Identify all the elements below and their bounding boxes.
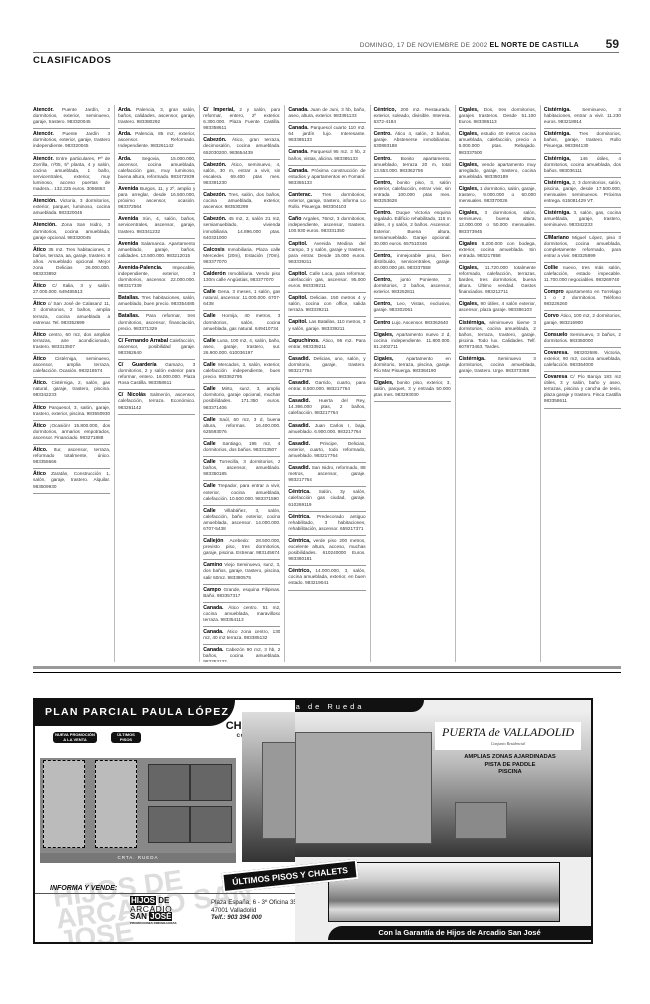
ad-heading: Centro, [374, 253, 392, 259]
chalets-photo [328, 862, 560, 922]
classified-ad: Centro. Duque Victoria esquina regalado.… [374, 208, 451, 251]
ad-heading: Centro [374, 320, 391, 326]
classified-ad: Callejón Acebedo: 28.500.000, previsto p… [203, 536, 280, 560]
classified-ad: Cigales, Dos, tres dormitorios, garajes … [459, 105, 536, 129]
ad-heading: Calle [203, 417, 215, 423]
classified-ad: Arda. Segovia, 15.000.000, ascensor, coc… [118, 154, 195, 184]
classified-ad: Cabezón. Tres, salón, dos baños, cocina … [203, 190, 280, 214]
ad-heading: Canada. [203, 605, 223, 611]
ad-heading: Batallas. [118, 295, 139, 301]
classified-ad: Avenida Salamanca. Apartamento amueblado… [118, 239, 195, 263]
classified-ad: Centro, inmejorable piso, bien distribui… [374, 251, 451, 275]
ad-heading: Cistérniga. [544, 131, 571, 137]
guarantee-banner: Con la Garantía de Hijos de Arcadio San … [328, 926, 591, 940]
ad-heading: Capuchinos. [288, 338, 319, 344]
amenities-list: AMPLIAS ZONAS AJARDINADAS PISTA DE PADDL… [440, 754, 580, 777]
ad-heading: Cigales, [459, 107, 479, 113]
classified-ad: Cabezón. Ático, gran terraza, decimosaló… [203, 135, 280, 159]
ad-heading: Calle [203, 362, 215, 368]
ad-heading: Cigales, [459, 301, 479, 307]
classified-ad: Calcosis Inmobiliaria. Plaza calle Merce… [203, 245, 280, 269]
ad-heading: Covaresa [544, 374, 567, 380]
ad-heading: Cigales, [459, 210, 479, 216]
classified-ad: Cigales, 11.720.000 totalmente reformado… [459, 263, 536, 299]
classified-ad: Calle Mercados, 3, salón, exterior, cale… [203, 360, 280, 384]
ad-heading: Cigales, [459, 131, 479, 137]
classified-ad: Avenida Irún, 4, salón, baños, servicent… [118, 214, 195, 238]
ad-heading: Corvo [544, 313, 559, 319]
ad-heading: Céntrico, [288, 568, 310, 574]
classified-ad: Ático Cistérniga, seminuevo, ascensor, a… [33, 354, 110, 378]
classified-ad: Canada. Ático zona centro, 130 m2, 40 m2… [203, 627, 280, 645]
classified-ad: Consuelo Seminuevo, 3 baños, 2 dormitori… [544, 330, 621, 348]
ad-heading: Cigales, [374, 332, 394, 338]
ad-heading: Calle [203, 338, 215, 344]
classified-ad: Cigales 8.200.000 con bodega, exterior, … [459, 239, 536, 263]
classified-ad: Ático Parquesol, 3, salón, garaje, trast… [33, 403, 110, 421]
ad-heading: Atención. [33, 198, 57, 204]
ad-banner-road: En la Carretera de Rueda [295, 700, 424, 712]
classified-ad: Atencór. Puente Jardín, 2 dormitorios, e… [33, 105, 110, 129]
classified-ad: Corvo Ático, 100 m2, 2 dormitorios, gara… [544, 311, 621, 329]
classified-ad: Calle Mirto, sunz, 3, amplio dormitorio,… [203, 384, 280, 414]
ad-heading: Ático [33, 332, 46, 338]
classified-ad: Cigales, estudio 40 metros cocina amuebl… [459, 129, 536, 159]
classified-ad: C/Mariano Miguel López, piso 3 dormitori… [544, 233, 621, 263]
classified-ad: Centro, Leo, Vistas, exclusivo, garaje. … [374, 299, 451, 317]
ad-heading: Cabezón. [203, 162, 226, 168]
ad-heading: Centro, [374, 180, 392, 186]
ad-heading: Cigales, [459, 162, 479, 168]
classified-ad: Casadid. Garrido, cuarto, para entrar. 8… [288, 378, 365, 396]
informa-label: INFORMA Y VENDE: [50, 885, 117, 892]
ad-heading: Canterac. [288, 192, 312, 198]
ad-heading: C/Mariano [544, 235, 569, 241]
classified-ad: Centro, junto Poniente, 3 dormitorios, 2… [374, 275, 451, 299]
ad-heading: Cistérniga. [459, 356, 486, 362]
classified-ad: Cistérniga. Seminuevo, 3 habitaciones, e… [544, 105, 621, 129]
classified-ad: Capitol. Calle Loca, para reformar, cale… [288, 269, 365, 293]
contact-info: Plaza España, 6 - 3º Oficina 35 47001 Va… [211, 899, 297, 922]
classified-ad: Centro. Ático 4, salón, 2 baños, garaje.… [374, 129, 451, 153]
classified-ad: Arda. Palencia, 85 m2, exterior, ascenso… [118, 129, 195, 153]
classified-ad: Compro apartamento en Torrelago 1 o 2 do… [544, 287, 621, 311]
ad-heading: Camino [203, 562, 222, 568]
ad-heading: Covaresa. [544, 350, 569, 356]
ad-heading: Ático [33, 247, 46, 253]
ad-heading: C/ Imperial, [203, 107, 234, 113]
ad-heading: Casadid. [288, 465, 310, 471]
classified-ad: Campo Grande, esquina Filipinas. Baño. 9… [203, 585, 280, 603]
classified-ad: Capitol. Delicias. 150 metros 4 y salón,… [288, 293, 365, 317]
ad-heading: Callejón [203, 538, 223, 544]
classified-ad: Cistérniga, 146 útiles, 4 dormitorios, c… [544, 154, 621, 178]
tag-last-flats: ÚLTIMOS PISOS [111, 732, 141, 743]
classified-ad: Covaresa. 983202686. Victoria, exterior,… [544, 348, 621, 372]
ad-heading: Canada. [203, 647, 223, 653]
classified-ad: Atención. Victoria, 3 dormitorios, exter… [33, 196, 110, 220]
classified-ad: Ático C/ Italia, 3 y salón. 27.000.000. … [33, 281, 110, 299]
classified-ad: Cabezón. Ático, seminuevo, 4, salón, 30 … [203, 160, 280, 190]
ad-heading: Caño [288, 216, 301, 222]
divider [33, 672, 621, 673]
ad-heading: Capitol. [288, 319, 307, 325]
classified-column: Arda. Palencia, 3, gran salón, baños, ca… [114, 105, 195, 662]
ad-heading: Cistérniga, [544, 180, 571, 186]
ad-heading: Ático [33, 405, 46, 411]
ad-heading: Atencór. [33, 107, 54, 113]
site-plan-image [40, 758, 236, 853]
ad-heading: Cigales, [374, 356, 394, 362]
classified-column: Céntrico, 200 m2. Restaurado, exterior, … [370, 105, 451, 662]
classified-ad: Arda. Palencia, 3, gran salón, baños, ca… [118, 105, 195, 129]
classified-ad: Ático ¡Ocasión! 15.800.000, dos dormitor… [33, 421, 110, 445]
page-number: 59 [606, 37, 619, 51]
classified-ad: Canada. Próxima construcción de estudios… [288, 166, 365, 190]
classified-ad: Canada. Ático centro. 51 m2, cocina amue… [203, 603, 280, 627]
classified-ad: Centro. Bonito apartamento, amueblado, t… [374, 154, 451, 178]
classified-ad: Cistérniga. Tres dormitorios, baños, gar… [544, 129, 621, 153]
classified-ad: Batallas. Para reformar, tres dormitorio… [118, 311, 195, 335]
ad-heading: C/ Guardería [118, 362, 156, 368]
classified-ad: Canada. Parquesol cuarto 110 m2. 64 jard… [288, 123, 365, 147]
ad-heading: Atencór. [33, 131, 54, 137]
classified-ad: Capitol. Avenida Medina del Campo, 3 y s… [288, 239, 365, 269]
ad-heading: Compro [544, 289, 564, 295]
building-facade [262, 742, 297, 839]
ad-heading: Cigales, [374, 380, 394, 386]
classified-ad: Cistérniga. Seminuevo 3 dormitorios, coc… [459, 354, 536, 378]
ad-heading: Centro, [374, 301, 392, 307]
classified-ad: Calle Torrecilla, 3 dormitorios, 2 baños… [203, 457, 280, 481]
classified-ad: Cigales, bonito piso, exterior, 3, salón… [374, 378, 451, 402]
house-block [190, 764, 232, 801]
ad-heading: Ático. [33, 447, 47, 453]
ad-heading: Capitol. [288, 241, 307, 247]
real-estate-advertisement: PLAN PARCIAL PAULA LÓPEZ NUEVA PROMOCIÓN… [33, 698, 297, 944]
ad-heading: Calderón [203, 271, 225, 277]
ad-heading: Cigales, [459, 186, 479, 192]
ad-heading: Atención. [33, 222, 57, 228]
brand-logo: PUERTA de VALLADOLIDConjunto Residencial [435, 722, 581, 750]
ad-heading: Calle [203, 441, 215, 447]
house-block [148, 806, 190, 843]
ad-heading: Campo [203, 587, 221, 593]
ad-heading: Centro, [374, 277, 392, 283]
classified-ad: Cistérniga. 3, salón, gas, cocina amuebl… [544, 208, 621, 232]
classified-ad: Capuchinos. Ático, 95 m2. Para entrar. 9… [288, 336, 365, 354]
classified-ad: Canada. Cabezón 90 m2, 3 hb, 2 baños, co… [203, 645, 280, 662]
ad-heading: Avenida-Palencia. [118, 265, 162, 271]
ad-heading: Cistérniga, [544, 156, 571, 162]
classified-ad: Cigales, 90 útiles, 4 salón exterior, as… [459, 299, 536, 317]
classified-ad: Calle Luna, 100 m2, 4, salón, baño, aseo… [203, 336, 280, 360]
ad-heading: Casadid. [288, 441, 310, 447]
newspaper-name: EL NORTE DE CASTILLA [490, 42, 579, 49]
classified-ad: Céntrica. Salón, 3y salón, calefacción g… [288, 487, 365, 511]
classified-ad: Atencór. Entre particulares, Pº de Zorri… [33, 154, 110, 197]
ad-heading: Ático [33, 356, 46, 362]
ad-heading: Casadid. [288, 398, 310, 404]
classified-ad: Casadid. Juan Carlos I, baja, amueblado.… [288, 421, 365, 439]
tag-new-promotion: NUEVA PROMOCIÓN A LA VENTA [53, 732, 97, 743]
ad-heading: Cistérniga, [459, 320, 486, 326]
ad-heading: Céntrico, [374, 107, 396, 113]
ad-heading: Casadid. [288, 423, 310, 429]
ad-heading: Ático [33, 423, 46, 429]
classified-ad: Cigales, 1 dormitorio, salón, garaje, tr… [459, 184, 536, 208]
ad-heading: Consuelo [544, 332, 568, 338]
ad-heading: Cigales, [459, 265, 479, 271]
classified-ad: Ático. Itur, ascensor, terraza, reformad… [33, 445, 110, 469]
ad-heading: Céntrica. [288, 514, 310, 520]
classified-ad: Ático. Cistérniga, 2, salón, gas natural… [33, 378, 110, 402]
ad-heading: Ático [33, 283, 46, 289]
classified-ad: Capitol. Las Batallas, 110 metros, 3 y s… [288, 317, 365, 335]
classified-ad: Céntrica. Predecorado antiguo rehabilita… [288, 512, 365, 536]
developer-logo: HIJOS DE ARCADIO SAN JOSÉ PROMOCIONES IN… [130, 897, 200, 925]
classified-ad: Avenida-Palencia. Impecable, independien… [118, 263, 195, 293]
ad-heading: Calle [203, 289, 215, 295]
ad-heading: Arda. [118, 156, 131, 162]
ad-heading: C/ Fernando Arrabal [118, 338, 168, 344]
ad-heading: Atencór. [33, 156, 54, 162]
ad-heading: Calle [203, 483, 215, 489]
house-block [148, 764, 190, 801]
ad-heading: Calle [203, 459, 215, 465]
ad-heading: Capitol. [288, 295, 307, 301]
classified-ad: C/ Nicolás Salmerón, ascensor, calefacci… [118, 390, 195, 414]
divider [33, 666, 621, 669]
ad-heading: Casadid. [288, 380, 310, 386]
classified-ad: Atencór. Puente Jardín 3 dormitorios, ex… [33, 129, 110, 153]
masthead: DOMINGO, 17 DE NOVIEMBRE DE 2002 EL NORT… [33, 38, 619, 53]
ad-heading: Cigales [459, 241, 477, 247]
ad-heading: Arda. [118, 107, 131, 113]
address-line: Plaza España, 6 - 3º Oficina 35 [211, 899, 297, 907]
classified-ad: Céntrica, verde piso 200 metros, excelen… [288, 536, 365, 566]
ad-heading: Cistérniga. [544, 107, 571, 113]
ad-heading: Batallas. [118, 313, 139, 319]
ad-body: Duque Victoria esquina regalado. Edifici… [374, 210, 451, 245]
classified-ad: Calle Saúl, 60 m2, 3 d, buena altura, re… [203, 415, 280, 439]
classified-ad: Cigales, Apartamento en dormitorio, terr… [374, 354, 451, 378]
classified-ad: C/ Imperial, 2 y salón, para reformar, e… [203, 105, 280, 135]
classified-ad: Ático c/ San José de Calasanz 11, 3 dorm… [33, 299, 110, 329]
classified-ad: Calderón Inmobiliaria. Vendo piso 130m c… [203, 269, 280, 287]
classified-ad: Cistérniga, 2, 3 dormitorios, salón, pis… [544, 178, 621, 208]
ad-heading: Canada. [203, 629, 223, 635]
ad-heading: Cabezón. [203, 216, 226, 222]
classified-ad: Centro Lujo. Ascensor. 983362640 [374, 318, 451, 330]
classified-ad: Camino Viejo Seminuevo, sunz, 3, dos bañ… [203, 560, 280, 584]
classified-ad: Casadid. San Isidro, reformado, 88 metro… [288, 463, 365, 487]
classified-ad: Centro, bonito piso, 3, salón exterior, … [374, 178, 451, 208]
ad-heading: Calle [203, 508, 215, 514]
plot-outline [43, 760, 85, 848]
ad-heading: Calle [203, 313, 215, 319]
classified-ad: Covaresa C/ Pío Baroja 183 m2 útiles, 3 … [544, 372, 621, 408]
phone-number: Telf.: 903 394 000 [211, 914, 297, 922]
classified-ad: Canada. Juan de Juni, 3 hb, baño, aseo, … [288, 105, 365, 123]
ad-heading: Capitol. [288, 271, 307, 277]
classified-ad: Calle Santiago, 195 m2, 4 dormitorios, d… [203, 439, 280, 457]
ad-heading: Avenida [118, 216, 138, 222]
ad-heading: Canada. [288, 125, 308, 131]
ad-heading: Calle [203, 386, 215, 392]
ad-heading: Calcosis [203, 247, 224, 253]
classified-ad: C/ Guardería Gamazo, 3 dormitorios, 2 y … [118, 360, 195, 390]
ad-heading: Canada. [288, 168, 308, 174]
ad-heading: Avenida [118, 186, 138, 192]
classified-ad: Canterac. Tres dormitorios, exterior, ga… [288, 190, 365, 214]
classified-ad: C/ Fernando Arrabal Calefacción, ascenso… [118, 336, 195, 360]
classified-column: Atencór. Puente Jardín, 2 dormitorios, e… [33, 105, 110, 662]
issue-date: DOMINGO, 17 DE NOVIEMBRE DE 2002 EL NORT… [360, 42, 579, 49]
classified-ad: Atención. Zona San Isidro, 3 dormitorios… [33, 220, 110, 244]
classified-ad: Calle Gena. 3 meses, 1 salón, gas natura… [203, 287, 280, 311]
ad-heading: C/ Nicolás [118, 392, 146, 398]
ad-heading: Canada. [288, 107, 308, 113]
classified-ad: Avenida Burgos, 11, y 2º, amplio y para … [118, 184, 195, 214]
classified-ad: Calle Trepador, para entrar a vivir, ext… [203, 481, 280, 505]
classified-column: Cigales, Dos, tres dormitorios, garajes … [455, 105, 536, 662]
plot-outline [95, 760, 137, 848]
classified-ad: Ático centro, 60 m2, dos amplias terraza… [33, 330, 110, 354]
building-photo [242, 712, 297, 862]
ad-body: Entre particulares, Pº de Zorrilla, nº05… [33, 156, 110, 191]
classified-ad: Cigales, Apartamento nuevo 2 d, cocina i… [374, 330, 451, 354]
classifieds-columns: Atencór. Puente Jardín, 2 dormitorios, e… [33, 105, 621, 662]
classified-ad: Caño Argales, 76m2, 3 dormitorios, indep… [288, 214, 365, 238]
ad-heading: Canada. [288, 149, 308, 155]
classified-ad: Ático Zaratán, Construcción 1, salón, ga… [33, 469, 110, 493]
classified-column: Canada. Juan de Juni, 3 hb, baño, aseo, … [284, 105, 365, 662]
classified-ad: Collie nuevo, tres más salón, calefacció… [544, 263, 621, 287]
classified-column: C/ Imperial, 2 y salón, para reformar, e… [199, 105, 280, 662]
ad-heading: Céntrica. [288, 489, 310, 495]
classified-ad: Ático 35 m2. Tres habitaciones, 2 baños,… [33, 245, 110, 281]
classified-ad: Céntrico, 14.000.000, 3, salón, cocina a… [288, 566, 365, 590]
classified-ad: Calle Hornija, 40 metros, 3 dormitorios,… [203, 311, 280, 335]
ad-heading: Centro. [374, 131, 392, 137]
classified-ad: Cabezón. 45 m2, 2, salón 21 m2, semiamue… [203, 214, 280, 244]
ad-heading: Arda. [118, 131, 131, 137]
classified-ad: Cigales, 3 dormitorios, salón, seminuevo… [459, 208, 536, 238]
section-title: CLASIFICADOS [33, 55, 111, 66]
classified-column: Cistérniga. Seminuevo, 3 habitaciones, e… [540, 105, 621, 662]
ad-heading: Ático [33, 471, 46, 477]
building-facade [295, 732, 432, 844]
ad-body: Lujo. Ascensor. 983362640 [392, 320, 449, 325]
road-label: CRTA. RUEDA [40, 853, 236, 863]
classified-ad: Casadid. Huerta del Rey, 14.396.000 ptas… [288, 396, 365, 420]
ad-heading: Centro. [374, 156, 392, 162]
house-block [190, 806, 232, 843]
ad-heading: Cabezón. [203, 192, 226, 198]
ad-heading: Ático [33, 301, 46, 307]
address-city: 47001 Valladolid [211, 907, 297, 915]
classified-ad: Batallas. Tres habitaciones, salón, amue… [118, 293, 195, 311]
ad-heading: Ático. [33, 380, 47, 386]
classified-ad: Calle Villabáñez, 3, salón, calefacción,… [203, 506, 280, 536]
classified-ad: Cigales, vendo apartamento muy arreglado… [459, 160, 536, 184]
ad-heading: Collie [544, 265, 558, 271]
ad-heading: Centro. [374, 210, 392, 216]
classified-ad: Céntrico, 200 m2. Restaurado, exterior, … [374, 105, 451, 129]
house [455, 802, 507, 839]
ad-heading: Casadid. [288, 356, 310, 362]
ad-heading: Céntrica, [288, 538, 310, 544]
ad-heading: Cistérniga. [544, 210, 571, 216]
real-estate-advertisement-right: En la Carretera de Rueda PUERTA de VALLA… [295, 698, 593, 944]
classified-ad: Casadid. Delicias, uno, salón, y dormito… [288, 354, 365, 378]
ad-heading: Avenida [118, 241, 138, 247]
classified-ad: Casadid. Principe, Delicias, exterior, c… [288, 439, 365, 463]
divider [35, 893, 297, 894]
ad-heading: Cabezón. [203, 137, 226, 143]
classified-ad: Cistérniga, sémimuevo lúeme 3 dormitorio… [459, 318, 536, 354]
classified-ad: Canada. Parquesol 95 m2. 3 hb, 2 baños, … [288, 147, 365, 165]
